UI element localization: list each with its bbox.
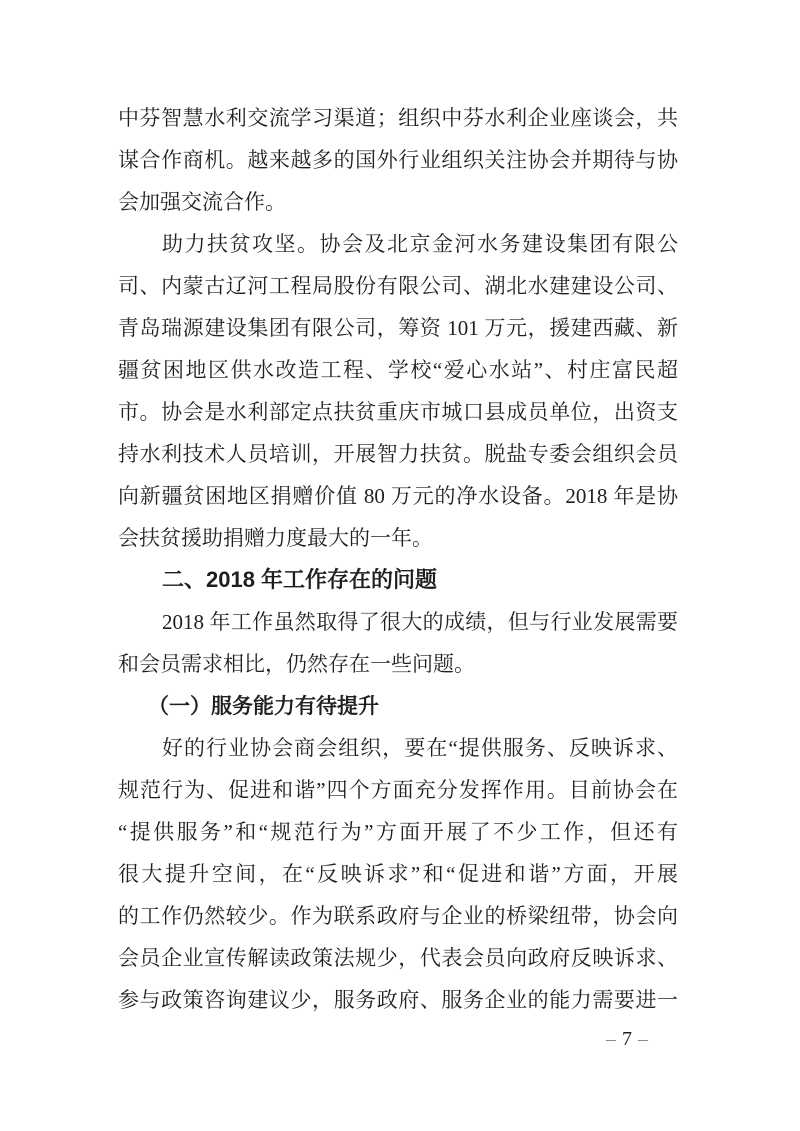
text-line: 2018 年工作虽然取得了很大的成绩，但与行业发展需要 bbox=[118, 601, 678, 643]
text-line: 会扶贫援助捐赠力度最大的一年。 bbox=[118, 517, 678, 559]
text-line: 二、2018 年工作存在的问题 bbox=[118, 559, 678, 601]
text-line: 和会员需求相比，仍然存在一些问题。 bbox=[118, 643, 678, 685]
page-footer: –7– bbox=[606, 1027, 648, 1051]
text-line: 助力扶贫攻坚。协会及北京金河水务建设集团有限公 bbox=[118, 223, 678, 265]
text-line: 规范行为、促进和谐”四个方面充分发挥作用。目前协会在 bbox=[118, 769, 678, 811]
text-line: 司、内蒙古辽河工程局股份有限公司、湖北水建建设公司、 bbox=[118, 265, 678, 307]
text-line: “提供服务”和“规范行为”方面开展了不少工作，但还有 bbox=[118, 811, 678, 853]
text-line: 参与政策咨询建议少，服务政府、服务企业的能力需要进一 bbox=[118, 979, 678, 1021]
text-line: 青岛瑞源建设集团有限公司，筹资 101 万元，援建西藏、新 bbox=[118, 307, 678, 349]
text-line: 向新疆贫困地区捐赠价值 80 万元的净水设备。2018 年是协 bbox=[118, 475, 678, 517]
text-line: 持水利技术人员培训，开展智力扶贫。脱盐专委会组织会员 bbox=[118, 433, 678, 475]
text-line: 中芬智慧水利交流学习渠道；组织中芬水利企业座谈会，共 bbox=[118, 97, 678, 139]
document-body: 中芬智慧水利交流学习渠道；组织中芬水利企业座谈会，共谋合作商机。越来越多的国外行… bbox=[118, 97, 678, 1021]
text-line: 的工作仍然较少。作为联系政府与企业的桥梁纽带，协会向 bbox=[118, 895, 678, 937]
text-line: 好的行业协会商会组织，要在“提供服务、反映诉求、 bbox=[118, 727, 678, 769]
text-line: 疆贫困地区供水改造工程、学校“爱心水站”、村庄富民超 bbox=[118, 349, 678, 391]
text-line: 市。协会是水利部定点扶贫重庆市城口县成员单位，出资支 bbox=[118, 391, 678, 433]
page-number: 7 bbox=[622, 1028, 632, 1050]
text-line: 会员企业宣传解读政策法规少，代表会员向政府反映诉求、 bbox=[118, 937, 678, 979]
document-page: 中芬智慧水利交流学习渠道；组织中芬水利企业座谈会，共谋合作商机。越来越多的国外行… bbox=[0, 0, 800, 1131]
text-line: 很大提升空间，在“反映诉求”和“促进和谐”方面，开展 bbox=[118, 853, 678, 895]
text-line: （一）服务能力有待提升 bbox=[118, 685, 678, 727]
text-line: 会加强交流合作。 bbox=[118, 181, 678, 223]
footer-dash-right: – bbox=[638, 1028, 648, 1050]
footer-dash-left: – bbox=[606, 1028, 616, 1050]
text-line: 谋合作商机。越来越多的国外行业组织关注协会并期待与协 bbox=[118, 139, 678, 181]
